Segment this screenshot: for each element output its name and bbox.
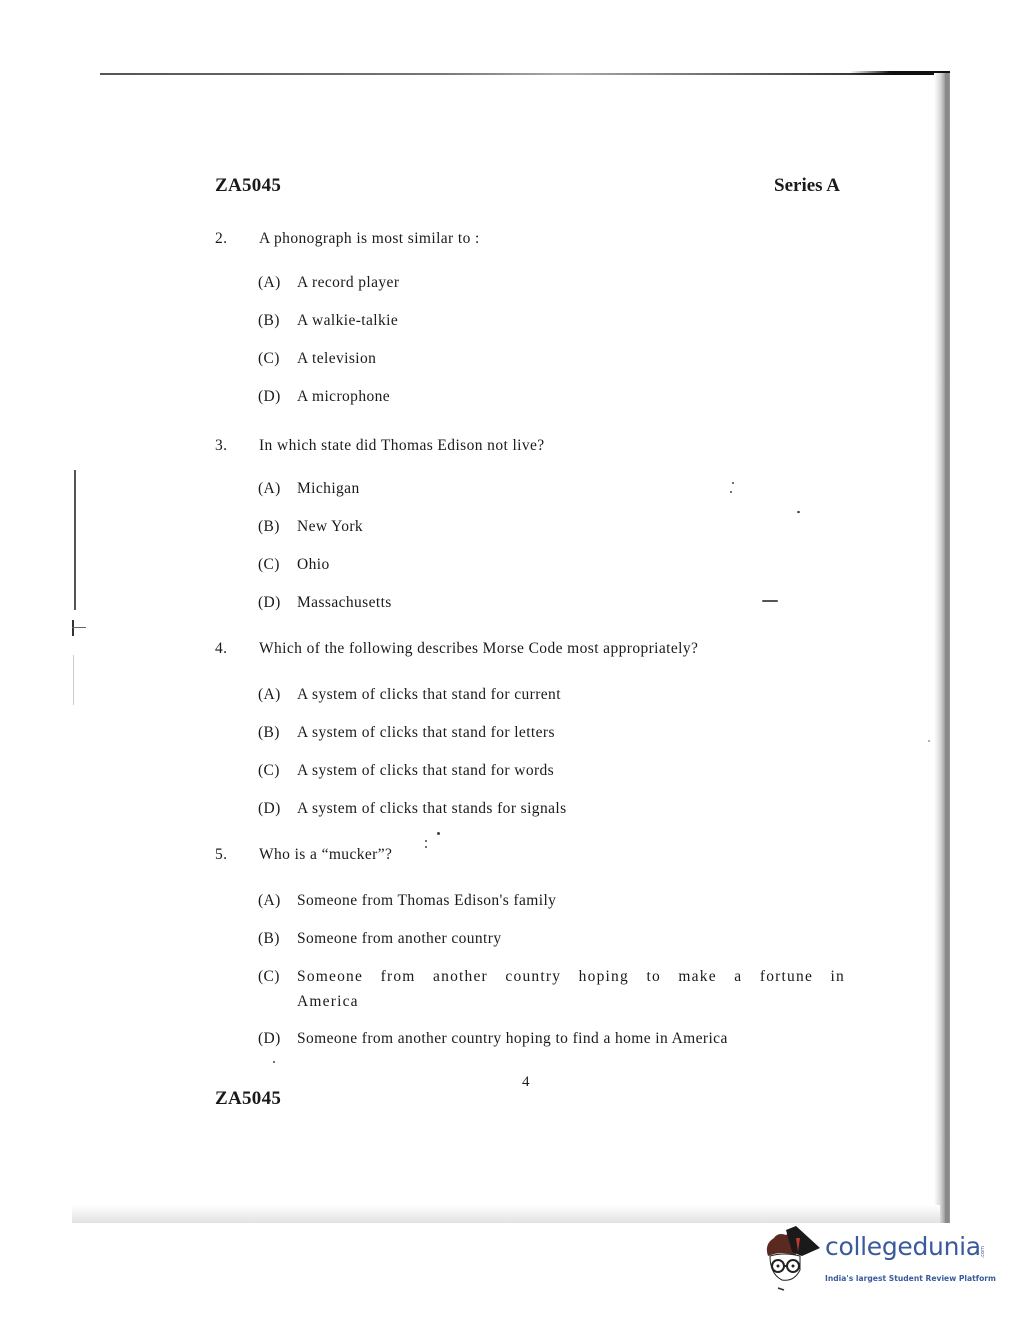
option-letter: (A): [258, 476, 281, 501]
option-letter: (A): [258, 888, 281, 913]
option-text: A microphone: [297, 384, 845, 409]
option-text: Michigan: [297, 476, 845, 501]
option-text: A system of clicks that stands for signa…: [297, 796, 845, 821]
series-label: Series A: [774, 175, 840, 197]
scan-speck: [425, 840, 427, 842]
scan-speck: [437, 832, 440, 835]
option-letter: (C): [258, 964, 280, 989]
option-letter: (C): [258, 758, 280, 783]
footer-exam-code: ZA5045: [215, 1088, 281, 1110]
brand-name: collegedunia: [825, 1232, 981, 1261]
option-letter: (B): [258, 514, 280, 539]
option-letter: (C): [258, 346, 280, 371]
question-text: A phonograph is most similar to :: [259, 230, 480, 248]
scan-speck: [273, 1061, 275, 1063]
scan-left-faint-mark: [73, 655, 74, 705]
question-text: Who is a “mucker”?: [259, 846, 392, 864]
option-text: A system of clicks that stand for letter…: [297, 720, 845, 745]
option-text: Someone from another country hoping to f…: [297, 1026, 845, 1051]
option-letter: (D): [258, 796, 281, 821]
option-text: Massachusetts: [297, 590, 845, 615]
question-text: In which state did Thomas Edison not liv…: [259, 437, 545, 455]
option-letter: (C): [258, 552, 280, 577]
exam-code: ZA5045: [215, 175, 281, 197]
option-text: A television: [297, 346, 845, 371]
scan-speck: [797, 511, 800, 513]
page-number: 4: [522, 1074, 530, 1091]
scan-bottom-edge: [72, 1205, 940, 1223]
question-number: 3.: [215, 437, 227, 455]
brand-tagline: India's largest Student Review Platform: [825, 1274, 996, 1283]
scan-top-edge: [100, 73, 950, 75]
option-letter: (B): [258, 308, 280, 333]
question-number: 2.: [215, 230, 227, 248]
option-letter: (A): [258, 270, 281, 295]
collegedunia-watermark: collegedunia .com India's largest Studen…: [762, 1226, 992, 1298]
page-header: ZA5045 Series A: [215, 175, 840, 205]
option-text: Someone from Thomas Edison's family: [297, 888, 845, 913]
option-text: A system of clicks that stand for curren…: [297, 682, 845, 707]
option-text: A walkie-talkie: [297, 308, 845, 333]
option-letter: (A): [258, 682, 281, 707]
scan-left-mark: [74, 470, 76, 610]
option-text: New York: [297, 514, 845, 539]
option-text: Someone from another country hoping to m…: [297, 964, 845, 1014]
option-text: A record player: [297, 270, 845, 295]
option-letter: (D): [258, 1026, 281, 1051]
scan-speck: [425, 846, 427, 848]
scan-speck: [928, 740, 930, 742]
option-text: A system of clicks that stand for words: [297, 758, 845, 783]
option-letter: (D): [258, 590, 281, 615]
option-letter: (D): [258, 384, 281, 409]
scan-right-edge: [945, 73, 949, 1223]
option-letter: (B): [258, 720, 280, 745]
scan-left-mark: [72, 620, 74, 636]
student-mascot-icon: [762, 1226, 822, 1296]
question-number: 4.: [215, 640, 227, 658]
brand-suffix: .com: [980, 1246, 986, 1258]
question-text: Which of the following describes Morse C…: [259, 640, 698, 658]
option-text: Someone from another country: [297, 926, 845, 951]
scan-left-tick: [72, 627, 86, 628]
option-letter: (B): [258, 926, 280, 951]
option-text: Ohio: [297, 552, 845, 577]
question-number: 5.: [215, 846, 227, 864]
